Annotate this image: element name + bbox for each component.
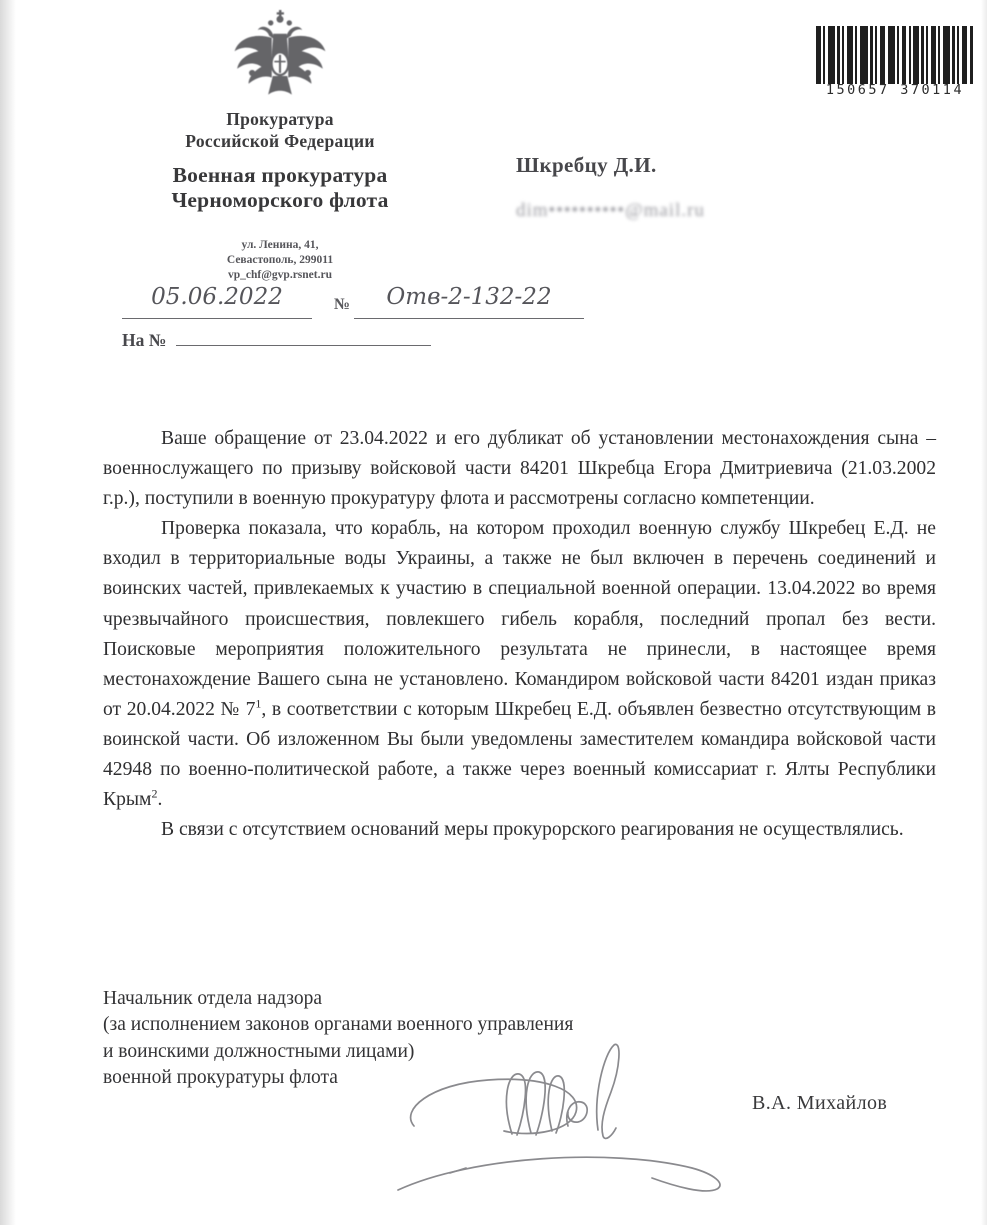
handwritten-outgoing-number: Отв-2-132-22 (386, 284, 551, 310)
org-name-main-line1: Военная прокуратура (110, 163, 450, 188)
scanned-letter-page: { "document": { "letterhead": { "org_top… (0, 0, 987, 1225)
scan-edge-left (0, 0, 16, 1225)
reply-to-label: На № (122, 330, 166, 350)
signer-title-line1: Начальник отдела надзора (103, 986, 743, 1012)
reference-row: 05.06.2022 № Отв-2-132-22 (122, 284, 622, 324)
barcode-number: 150657 370114 (814, 82, 976, 98)
org-address-email: vp_chf@gvp.rsnet.ru (140, 268, 420, 283)
signer-name: В.А. Михайлов (752, 1092, 952, 1115)
org-address: ул. Ленина, 41, Севастополь, 299011 vp_c… (140, 238, 420, 283)
reply-to-blank-line (176, 344, 431, 346)
barcode-bars-icon (814, 26, 976, 86)
signer-title-line2: (за исполнением законов органами военног… (103, 1012, 743, 1038)
org-name-main: Военная прокуратура Черноморского флота (110, 163, 450, 213)
reply-to-row: На № (122, 330, 622, 356)
russian-coat-of-arms-icon (228, 10, 332, 108)
handwritten-date-field: 05.06.2022 (122, 284, 312, 319)
handwritten-date: 05.06.2022 (151, 284, 283, 310)
org-name-top-line1: Прокуратура (120, 108, 440, 130)
org-name-main-line2: Черноморского флота (110, 188, 450, 213)
paragraph-2: Проверка показала, что корабль, на котор… (103, 514, 936, 815)
paragraph-1: Ваше обращение от 23.04.2022 и его дубли… (103, 424, 936, 514)
letter-body: Ваше обращение от 23.04.2022 и его дубли… (103, 424, 936, 845)
org-name-top-line2: Российской Федерации (120, 130, 440, 152)
addressee-email-blurred: dim••••••••••@mail.ru (516, 200, 856, 222)
barcode: 150657 370114 (814, 26, 976, 102)
org-address-street: ул. Ленина, 41, (140, 238, 420, 253)
handwritten-number-field: Отв-2-132-22 (354, 284, 584, 319)
paragraph-2-text: Проверка показала, что корабль, на котор… (103, 518, 936, 720)
org-address-city: Севастополь, 299011 (140, 253, 420, 268)
scan-edge-right (981, 0, 987, 1225)
addressee-name: Шкребцу Д.И. (516, 153, 836, 178)
handwritten-signature-icon (392, 1038, 762, 1218)
number-sign-label: № (334, 296, 350, 314)
org-name-top: Прокуратура Российской Федерации (120, 108, 440, 152)
paragraph-3: В связи с отсутствием оснований меры про… (103, 815, 936, 845)
paragraph-2-period: . (157, 789, 162, 810)
document-page: Прокуратура Российской Федерации Военная… (0, 0, 987, 1225)
